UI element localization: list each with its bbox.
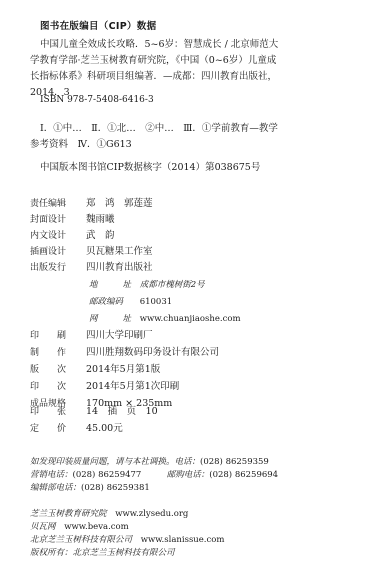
publisher-postcode: 邮政编码 610031 xyxy=(89,294,172,310)
partner-url[interactable]: www.beva.com xyxy=(64,522,129,532)
credit-value: 贝瓦糖果工作室 xyxy=(86,244,153,260)
credit-label: 封面设计 xyxy=(30,212,70,228)
credit-label: 出版发行 xyxy=(30,260,70,276)
classification: Ⅰ．①中… Ⅱ．①北… ②中… Ⅲ．①学前教育—教学参考资料 Ⅳ．①G613 xyxy=(30,121,280,153)
publisher-address: 地址 成都市槐树街2号 xyxy=(89,277,205,293)
partner-url[interactable]: www.zlysedu.org xyxy=(115,509,188,519)
cip-body: 中国儿童全效成长攻略．5~6岁：智慧成长 / 北京师范大学教育学部·芝兰玉树教育… xyxy=(30,37,280,101)
marketing-phone: 营销电话：(028) 86259477 邮购电话：(028) 86259694 xyxy=(30,469,278,482)
cip-number: 中国版本图书馆CIP数据核字（2014）第038675号 xyxy=(40,160,260,176)
copyright: 版权所有：北京芝兰玉树科技有限公司 xyxy=(30,547,175,560)
credit-value: 魏雨曦 xyxy=(86,212,115,228)
publisher-website: 网址 www.chuanjiaoshe.com xyxy=(89,311,241,327)
editorial-phone: 编辑部电话：(028) 86259381 xyxy=(30,482,150,495)
credit-label: 责任编辑 xyxy=(30,196,70,212)
partner-row: 北京芝兰玉树科技有限公司 www.slanissue.com xyxy=(30,534,224,547)
partner-row: 贝瓦网 www.beva.com xyxy=(30,521,129,534)
cip-title: 图书在版编目（CIP）数据 xyxy=(40,18,156,32)
credit-value: 郑 鸿 郭莲莲 xyxy=(86,196,153,212)
isbn: ISBN 978-7-5408-6416-3 xyxy=(40,95,154,105)
credit-value: 武 韵 xyxy=(86,228,115,244)
publisher-url[interactable]: www.chuanjiaoshe.com xyxy=(140,314,241,324)
credit-label: 内文设计 xyxy=(30,228,70,244)
credit-value: 四川教育出版社 xyxy=(86,260,153,276)
quality-notice: 如发现印装质量问题，请与本社调换。电话：(028) 86259359 xyxy=(30,456,269,469)
partner-url[interactable]: www.slanissue.com xyxy=(141,535,225,545)
partner-row: 芝兰玉树教育研究院 www.zlysedu.org xyxy=(30,508,188,521)
credit-label: 插画设计 xyxy=(30,244,70,260)
